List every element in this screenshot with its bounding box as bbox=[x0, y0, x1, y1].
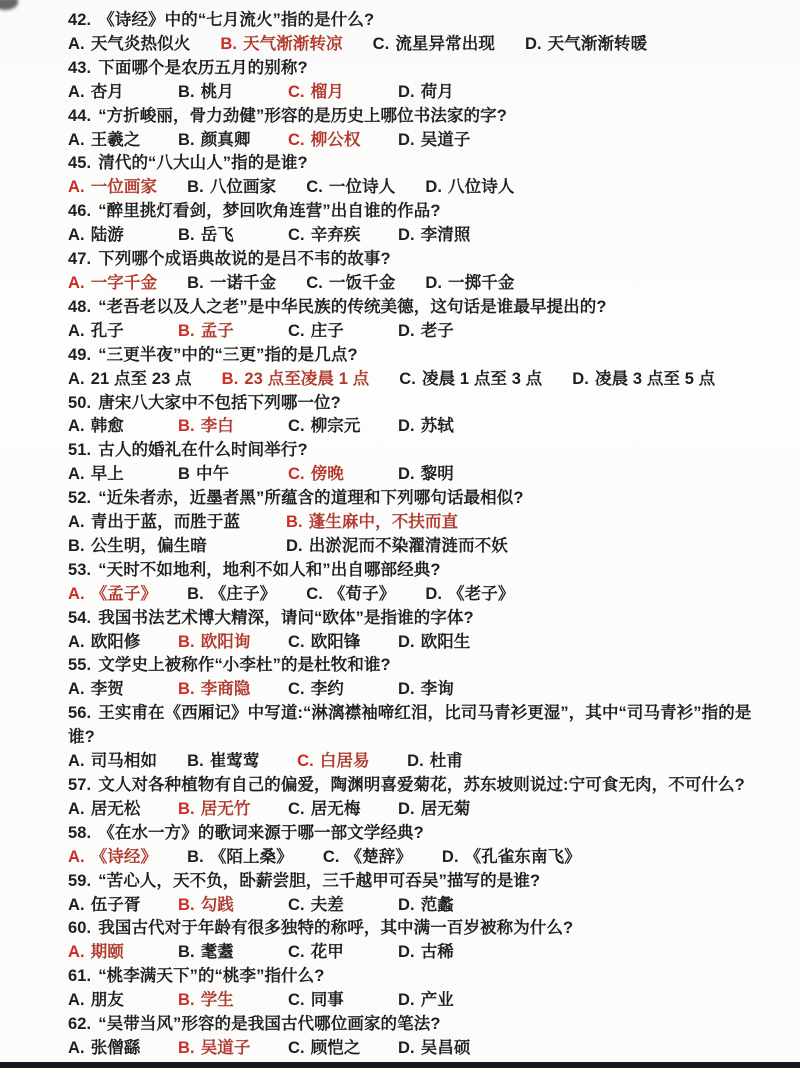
option-text: 出淤泥而不染濯清涟而不妖 bbox=[309, 537, 508, 555]
answer-option: C.庄子 bbox=[288, 320, 398, 344]
answer-option: A.张僧繇 bbox=[68, 1037, 178, 1061]
answer-option: C.欧阳锋 bbox=[288, 631, 398, 655]
option-letter: B. bbox=[178, 83, 195, 101]
option-letter: B. bbox=[178, 896, 195, 914]
option-text: 颜真卿 bbox=[201, 131, 251, 149]
question-body: 清代的“八大山人”指的是谁? bbox=[98, 154, 307, 172]
answer-option-correct: B.蓬生麻中，不扶而直 bbox=[286, 511, 774, 535]
option-text: 天气渐渐转暖 bbox=[548, 35, 648, 53]
answer-option: D.杜甫 bbox=[407, 750, 517, 774]
option-text: 花甲 bbox=[311, 943, 344, 961]
option-letter: D. bbox=[398, 417, 415, 435]
option-letter: A. bbox=[68, 585, 85, 603]
option-letter: A. bbox=[68, 513, 85, 531]
option-letter: C. bbox=[323, 848, 340, 866]
option-text: 古稀 bbox=[421, 943, 454, 961]
option-text: 李清照 bbox=[421, 226, 471, 244]
question-body: 王实甫在《西厢记》中写道:“淋漓襟袖啼红泪，比司马青衫更湿”，其中“司马青衫”指… bbox=[68, 704, 751, 746]
option-text: 21 点至 23 点 bbox=[91, 370, 192, 388]
answer-row: A.杏月B.桃月C.榴月D.荷月 bbox=[68, 81, 774, 105]
answer-option: B.八位画家 bbox=[187, 176, 306, 200]
option-letter: B bbox=[178, 465, 190, 483]
option-text: 黎明 bbox=[421, 465, 454, 483]
answer-option: D.苏轼 bbox=[398, 415, 508, 439]
answer-option-correct: B.23 点至凌晨 1 点 bbox=[222, 368, 400, 392]
question-number: 59. bbox=[68, 872, 91, 890]
answer-option-correct: B.勾践 bbox=[178, 894, 288, 918]
option-text: 欧阳询 bbox=[201, 633, 251, 651]
option-letter: D. bbox=[398, 633, 415, 651]
question-text: 53.“天时不如地利，地利不如人和”出自哪部经典? bbox=[68, 559, 774, 583]
option-letter: D. bbox=[398, 322, 415, 340]
option-text: 朋友 bbox=[91, 991, 124, 1009]
option-text: 傍晚 bbox=[311, 465, 344, 483]
option-letter: C. bbox=[288, 991, 305, 1009]
option-letter: D. bbox=[398, 943, 415, 961]
option-text: 居无梅 bbox=[311, 800, 361, 818]
option-letter: C. bbox=[288, 1039, 305, 1057]
option-letter: A. bbox=[68, 370, 85, 388]
answer-option: A.陆游 bbox=[68, 224, 178, 248]
answer-row: A.期颐B.耄耋C.花甲D.古稀 bbox=[68, 941, 774, 965]
option-letter: C. bbox=[288, 226, 305, 244]
option-letter: B. bbox=[178, 633, 195, 651]
photo-corner-smudge bbox=[0, 0, 18, 10]
answer-option: C.花甲 bbox=[288, 941, 398, 965]
option-text: 桃月 bbox=[201, 83, 234, 101]
question-text: 47.下列哪个成语典故说的是吕不韦的故事? bbox=[68, 248, 774, 272]
option-letter: D. bbox=[398, 1039, 415, 1057]
question-body: “吴带当风”形容的是我国古代哪位画家的笔法? bbox=[98, 1015, 440, 1033]
question-body: “苦心人，天不负，卧薪尝胆，三千越甲可吞吴”描写的是谁? bbox=[98, 872, 540, 890]
question-body: “天时不如地利，地利不如人和”出自哪部经典? bbox=[98, 561, 440, 579]
option-text: 陆游 bbox=[91, 226, 124, 244]
answer-option: B.《陌上桑》 bbox=[187, 846, 323, 870]
option-letter: B. bbox=[187, 274, 204, 292]
option-letter: B. bbox=[178, 322, 195, 340]
answer-option: A.青出于蓝，而胜于蓝 bbox=[68, 511, 286, 535]
question-text: 51.古人的婚礼在什么时间举行? bbox=[68, 439, 774, 463]
option-text: 居无菊 bbox=[421, 800, 471, 818]
option-text: 一字千金 bbox=[91, 274, 157, 292]
answer-option-correct: B.欧阳询 bbox=[178, 631, 288, 655]
option-text: 李贺 bbox=[91, 680, 124, 698]
option-letter: D. bbox=[425, 585, 442, 603]
answer-row: A.李贺B.李商隐C.李约D.李询 bbox=[68, 678, 774, 702]
option-text: 李约 bbox=[311, 680, 344, 698]
question-number: 55. bbox=[68, 656, 91, 674]
option-letter: D. bbox=[572, 370, 589, 388]
question-body: 下列哪个成语典故说的是吕不韦的故事? bbox=[98, 250, 390, 268]
option-letter: A. bbox=[68, 633, 85, 651]
option-letter: A. bbox=[68, 178, 85, 196]
question-body: “老吾老以及人之老”是中华民族的传统美德，这句话是谁最早提出的? bbox=[98, 298, 606, 316]
question-number: 51. bbox=[68, 441, 91, 459]
option-letter: B. bbox=[178, 943, 195, 961]
option-letter: B. bbox=[178, 800, 195, 818]
answer-option: C.《楚辞》 bbox=[323, 846, 442, 870]
answer-row: A.21 点至 23 点B.23 点至凌晨 1 点C.凌晨 1 点至 3 点D.… bbox=[68, 368, 774, 392]
option-text: 李白 bbox=[201, 417, 234, 435]
answer-option: D.荷月 bbox=[398, 81, 508, 105]
answer-option-correct: B.天气渐渐转凉 bbox=[220, 33, 372, 57]
question-text: 59.“苦心人，天不负，卧薪尝胆，三千越甲可吞吴”描写的是谁? bbox=[68, 870, 774, 894]
option-text: 勾践 bbox=[201, 896, 234, 914]
option-letter: B. bbox=[286, 513, 303, 531]
answer-option-correct: A.《孟子》 bbox=[68, 583, 187, 607]
option-text: 同事 bbox=[311, 991, 344, 1009]
answer-option-correct: B.孟子 bbox=[178, 320, 288, 344]
answer-option: D.黎明 bbox=[398, 463, 508, 487]
answer-option: D.吴道子 bbox=[398, 129, 508, 153]
answer-option: B.一诺千金 bbox=[187, 272, 306, 296]
option-text: 产业 bbox=[421, 991, 454, 1009]
question-number: 54. bbox=[68, 609, 91, 627]
photo-bottom-edge-bar bbox=[0, 1062, 800, 1068]
answer-option-correct: C.傍晚 bbox=[288, 463, 398, 487]
answer-option: C.《荀子》 bbox=[306, 583, 425, 607]
option-letter: D. bbox=[425, 274, 442, 292]
option-letter: B. bbox=[187, 848, 204, 866]
answer-option: D.凌晨 3 点至 5 点 bbox=[572, 368, 745, 392]
answer-row: A.早上B中午C.傍晚D.黎明 bbox=[68, 463, 774, 487]
answer-option-correct: B.李商隐 bbox=[178, 678, 288, 702]
option-letter: D. bbox=[398, 680, 415, 698]
question-body: 古人的婚礼在什么时间举行? bbox=[98, 441, 307, 459]
option-text: 孔子 bbox=[91, 322, 124, 340]
option-text: 崔莺莺 bbox=[210, 752, 260, 770]
answer-option-correct: C.白居易 bbox=[297, 750, 407, 774]
option-text: 八位画家 bbox=[210, 178, 276, 196]
question-number: 47. bbox=[68, 250, 91, 268]
option-letter: C. bbox=[288, 943, 305, 961]
answer-option-correct: A.期颐 bbox=[68, 941, 178, 965]
option-text: 期颐 bbox=[91, 943, 124, 961]
answer-option: C.李约 bbox=[288, 678, 398, 702]
option-letter: B. bbox=[178, 1039, 195, 1057]
option-text: 王羲之 bbox=[91, 131, 141, 149]
question-text: 56.王实甫在《西厢记》中写道:“淋漓襟袖啼红泪，比司马青衫更湿”，其中“司马青… bbox=[68, 702, 774, 750]
answer-option: D.一掷千金 bbox=[425, 272, 544, 296]
option-letter: C. bbox=[288, 800, 305, 818]
question-text: 52.“近朱者赤，近墨者黑”所蕴含的道理和下列哪句话最相似? bbox=[68, 487, 774, 511]
option-letter: D. bbox=[398, 226, 415, 244]
answer-row: A.朋友B.学生C.同事D.产业 bbox=[68, 989, 774, 1013]
option-text: 凌晨 3 点至 5 点 bbox=[595, 370, 715, 388]
question-body: “近朱者赤，近墨者黑”所蕴含的道理和下列哪句话最相似? bbox=[98, 489, 523, 507]
question-body: “桃李满天下”的“桃李”指什么? bbox=[98, 967, 324, 985]
option-text: 吴道子 bbox=[421, 131, 471, 149]
answer-option: C.一位诗人 bbox=[306, 176, 425, 200]
option-text: 韩愈 bbox=[91, 417, 124, 435]
option-letter: B. bbox=[68, 537, 85, 555]
question-number: 50. bbox=[68, 394, 91, 412]
question-number: 43. bbox=[68, 59, 91, 77]
question-number: 60. bbox=[68, 919, 91, 937]
question-text: 50.唐宋八大家中不包括下列哪一位? bbox=[68, 392, 774, 416]
option-letter: A. bbox=[68, 417, 85, 435]
answer-option: B.岳飞 bbox=[178, 224, 288, 248]
answer-option: A.杏月 bbox=[68, 81, 178, 105]
answer-option: B.桃月 bbox=[178, 81, 288, 105]
option-text: 《老子》 bbox=[448, 585, 514, 603]
option-letter: A. bbox=[68, 226, 85, 244]
option-text: 范蠡 bbox=[421, 896, 454, 914]
question-text: 58.《在水一方》的歌词来源于哪一部文学经典? bbox=[68, 822, 774, 846]
option-letter: B. bbox=[187, 585, 204, 603]
question-number: 45. bbox=[68, 154, 91, 172]
option-letter: D. bbox=[525, 35, 542, 53]
question-text: 54.我国书法艺术博大精深，请问“欧体”是指谁的字体? bbox=[68, 607, 774, 631]
option-letter: B. bbox=[178, 131, 195, 149]
quiz-document-page: 42.《诗经》中的“七月流火”指的是什么?A.天气炎热似火B.天气渐渐转凉C.流… bbox=[0, 0, 800, 1068]
answer-option: C.柳宗元 bbox=[288, 415, 398, 439]
option-text: 《庄子》 bbox=[210, 585, 276, 603]
question-number: 62. bbox=[68, 1015, 91, 1033]
option-letter: A. bbox=[68, 896, 85, 914]
option-letter: D. bbox=[407, 752, 424, 770]
option-letter: A. bbox=[68, 848, 85, 866]
answer-option: A.孔子 bbox=[68, 320, 178, 344]
question-number: 49. bbox=[68, 346, 91, 364]
option-text: 柳宗元 bbox=[311, 417, 361, 435]
option-text: 欧阳修 bbox=[91, 633, 141, 651]
question-body: 《在水一方》的歌词来源于哪一部文学经典? bbox=[98, 824, 424, 842]
answer-row: A.韩愈B.李白C.柳宗元D.苏轼 bbox=[68, 415, 774, 439]
answer-row: A.欧阳修B.欧阳询C.欧阳锋D.欧阳生 bbox=[68, 631, 774, 655]
question-text: 62.“吴带当风”形容的是我国古代哪位画家的笔法? bbox=[68, 1013, 774, 1037]
answer-option-correct: B.居无竹 bbox=[178, 798, 288, 822]
option-letter: A. bbox=[68, 465, 85, 483]
option-text: 司马相如 bbox=[91, 752, 157, 770]
option-text: 凌晨 1 点至 3 点 bbox=[422, 370, 542, 388]
option-letter: B. bbox=[178, 991, 195, 1009]
option-letter: D. bbox=[398, 991, 415, 1009]
answer-option: D.欧阳生 bbox=[398, 631, 508, 655]
answer-option: D.吴昌硕 bbox=[398, 1037, 508, 1061]
answer-option: D.《老子》 bbox=[425, 583, 544, 607]
option-letter: A. bbox=[68, 752, 85, 770]
answer-row: A.孔子B.孟子C.庄子D.老子 bbox=[68, 320, 774, 344]
option-text: 庄子 bbox=[311, 322, 344, 340]
option-letter: C. bbox=[288, 680, 305, 698]
option-letter: C. bbox=[373, 35, 390, 53]
option-text: 辛弃疾 bbox=[311, 226, 361, 244]
option-text: 伍子胥 bbox=[91, 896, 141, 914]
option-letter: D. bbox=[286, 537, 303, 555]
option-letter: D. bbox=[425, 178, 442, 196]
question-number: 52. bbox=[68, 489, 91, 507]
answer-option-correct: C.柳公权 bbox=[288, 129, 398, 153]
answer-option-correct: B.吴道子 bbox=[178, 1037, 288, 1061]
option-letter: A. bbox=[68, 800, 85, 818]
option-text: 柳公权 bbox=[311, 131, 361, 149]
option-text: 天气渐渐转凉 bbox=[243, 35, 343, 53]
answer-option: B.崔莺莺 bbox=[187, 750, 297, 774]
answer-option: D.出淤泥而不染濯清涟而不妖 bbox=[286, 535, 774, 559]
question-body: 我国古代对于年龄有很多独特的称呼，其中满一百岁被称为什么? bbox=[98, 919, 573, 937]
option-letter: D. bbox=[398, 896, 415, 914]
answer-option-correct: B.学生 bbox=[178, 989, 288, 1013]
question-body: 《诗经》中的“七月流火”指的是什么? bbox=[98, 11, 374, 29]
option-letter: B. bbox=[220, 35, 237, 53]
question-text: 42.《诗经》中的“七月流火”指的是什么? bbox=[68, 9, 774, 33]
question-body: “醉里挑灯看剑，梦回吹角连营”出自谁的作品? bbox=[98, 202, 440, 220]
answer-option: D.老子 bbox=[398, 320, 508, 344]
option-letter: A. bbox=[68, 322, 85, 340]
answer-option: C.一饭千金 bbox=[306, 272, 425, 296]
answer-row: A.《诗经》B.《陌上桑》C.《楚辞》D.《孔雀东南飞》 bbox=[68, 846, 774, 870]
question-body: 唐宋八大家中不包括下列哪一位? bbox=[98, 394, 341, 412]
answer-row: A.伍子胥B.勾践C.夫差D.范蠡 bbox=[68, 894, 774, 918]
answer-option: C.夫差 bbox=[288, 894, 398, 918]
option-letter: C. bbox=[288, 322, 305, 340]
option-text: 孟子 bbox=[201, 322, 234, 340]
question-body: 下面哪个是农历五月的别称? bbox=[98, 59, 307, 77]
question-text: 48.“老吾老以及人之老”是中华民族的传统美德，这句话是谁最早提出的? bbox=[68, 296, 774, 320]
option-text: 《陌上桑》 bbox=[210, 848, 293, 866]
option-letter: A. bbox=[68, 680, 85, 698]
option-text: 吴道子 bbox=[201, 1039, 251, 1057]
question-text: 49.“三更半夜”中的“三更”指的是几点? bbox=[68, 344, 774, 368]
answer-option-correct: A.《诗经》 bbox=[68, 846, 187, 870]
option-text: 白居易 bbox=[320, 752, 370, 770]
option-letter: A. bbox=[68, 35, 85, 53]
question-body: “方折峻丽，骨力劲健”形容的是历史上哪位书法家的字? bbox=[98, 107, 507, 125]
answer-option: D.古稀 bbox=[398, 941, 508, 965]
answer-row: A.王羲之B.颜真卿C.柳公权D.吴道子 bbox=[68, 129, 774, 153]
quiz-question-list: 42.《诗经》中的“七月流火”指的是什么?A.天气炎热似火B.天气渐渐转凉C.流… bbox=[68, 9, 774, 1061]
option-text: 早上 bbox=[91, 465, 124, 483]
option-text: 《孟子》 bbox=[91, 585, 157, 603]
answer-option: D.李询 bbox=[398, 678, 508, 702]
option-text: 一掷千金 bbox=[448, 274, 514, 292]
question-number: 57. bbox=[68, 776, 91, 794]
answer-option-correct: C.榴月 bbox=[288, 81, 398, 105]
question-number: 42. bbox=[68, 11, 91, 29]
answer-option: D.天气渐渐转暖 bbox=[525, 33, 677, 57]
option-letter: C. bbox=[306, 585, 323, 603]
option-text: 杜甫 bbox=[430, 752, 463, 770]
option-text: 《荀子》 bbox=[329, 585, 395, 603]
answer-option: B.颜真卿 bbox=[178, 129, 288, 153]
option-text: 榴月 bbox=[311, 83, 344, 101]
question-text: 60.我国古代对于年龄有很多独特的称呼，其中满一百岁被称为什么? bbox=[68, 917, 774, 941]
answer-option: A.司马相如 bbox=[68, 750, 187, 774]
option-text: 岳飞 bbox=[201, 226, 234, 244]
answer-option: A.天气炎热似火 bbox=[68, 33, 220, 57]
answer-row: A.《孟子》B.《庄子》C.《荀子》D.《老子》 bbox=[68, 583, 774, 607]
option-text: 老子 bbox=[421, 322, 454, 340]
question-body: 我国书法艺术博大精深，请问“欧体”是指谁的字体? bbox=[98, 609, 473, 627]
option-text: 青出于蓝，而胜于蓝 bbox=[91, 513, 240, 531]
answer-option: C.凌晨 1 点至 3 点 bbox=[399, 368, 572, 392]
option-text: 《诗经》 bbox=[91, 848, 157, 866]
answer-row: A.居无松B.居无竹C.居无梅D.居无菊 bbox=[68, 798, 774, 822]
option-text: 张僧繇 bbox=[91, 1039, 141, 1057]
option-text: 荷月 bbox=[421, 83, 454, 101]
question-number: 56. bbox=[68, 704, 91, 722]
question-text: 43.下面哪个是农历五月的别称? bbox=[68, 57, 774, 81]
question-text: 61.“桃李满天下”的“桃李”指什么? bbox=[68, 965, 774, 989]
answer-option: B.《庄子》 bbox=[187, 583, 306, 607]
option-text: 李询 bbox=[421, 680, 454, 698]
option-text: 学生 bbox=[201, 991, 234, 1009]
option-letter: B. bbox=[187, 752, 204, 770]
question-number: 53. bbox=[68, 561, 91, 579]
option-text: 一位画家 bbox=[91, 178, 157, 196]
question-body: 文学史上被称作“小李杜”的是杜牧和谁? bbox=[98, 656, 390, 674]
option-text: 一诺千金 bbox=[210, 274, 276, 292]
answer-option: D.李清照 bbox=[398, 224, 508, 248]
answer-option: A.韩愈 bbox=[68, 415, 178, 439]
option-text: 顾恺之 bbox=[311, 1039, 361, 1057]
option-letter: D. bbox=[398, 800, 415, 818]
option-text: 吴昌硕 bbox=[421, 1039, 471, 1057]
answer-option: C.顾恺之 bbox=[288, 1037, 398, 1061]
option-text: 《孔雀东南飞》 bbox=[465, 848, 581, 866]
answer-row: A.青出于蓝，而胜于蓝B.蓬生麻中，不扶而直B.公生明，偏生暗D.出淤泥而不染濯… bbox=[68, 511, 774, 559]
question-number: 48. bbox=[68, 298, 91, 316]
answer-option-correct: B.李白 bbox=[178, 415, 288, 439]
option-letter: C. bbox=[288, 417, 305, 435]
option-letter: D. bbox=[398, 465, 415, 483]
answer-row: A.天气炎热似火B.天气渐渐转凉C.流星异常出现D.天气渐渐转暖 bbox=[68, 33, 774, 57]
option-text: 八位诗人 bbox=[448, 178, 514, 196]
answer-option: D.《孔雀东南飞》 bbox=[442, 846, 611, 870]
option-text: 居无竹 bbox=[201, 800, 251, 818]
option-letter: C. bbox=[288, 131, 305, 149]
option-letter: A. bbox=[68, 943, 85, 961]
question-body: 文人对各种植物有自己的偏爱，陶渊明喜爱菊花，苏东坡则说过:宁可食无肉，不可什么? bbox=[98, 776, 745, 794]
question-body: “三更半夜”中的“三更”指的是几点? bbox=[98, 346, 357, 364]
question-number: 44. bbox=[68, 107, 91, 125]
option-letter: D. bbox=[398, 131, 415, 149]
option-letter: B. bbox=[222, 370, 239, 388]
option-letter: C. bbox=[288, 896, 305, 914]
option-text: 中午 bbox=[196, 465, 229, 483]
answer-option: D.产业 bbox=[398, 989, 508, 1013]
answer-row: A.陆游B.岳飞C.辛弃疾D.李清照 bbox=[68, 224, 774, 248]
answer-row: A.一字千金B.一诺千金C.一饭千金D.一掷千金 bbox=[68, 272, 774, 296]
answer-option: D.居无菊 bbox=[398, 798, 508, 822]
option-text: 《楚辞》 bbox=[346, 848, 412, 866]
option-text: 23 点至凌晨 1 点 bbox=[244, 370, 369, 388]
option-text: 天气炎热似火 bbox=[91, 35, 191, 53]
option-text: 苏轼 bbox=[421, 417, 454, 435]
answer-option-correct: A.一字千金 bbox=[68, 272, 187, 296]
option-text: 耄耋 bbox=[201, 943, 234, 961]
answer-option: B中午 bbox=[178, 463, 288, 487]
option-letter: C. bbox=[288, 465, 305, 483]
question-text: 46.“醉里挑灯看剑，梦回吹角连营”出自谁的作品? bbox=[68, 200, 774, 224]
answer-option: D.范蠡 bbox=[398, 894, 508, 918]
option-text: 夫差 bbox=[311, 896, 344, 914]
question-number: 58. bbox=[68, 824, 91, 842]
option-letter: B. bbox=[178, 680, 195, 698]
answer-option: A.居无松 bbox=[68, 798, 178, 822]
answer-option: C.辛弃疾 bbox=[288, 224, 398, 248]
option-letter: D. bbox=[398, 83, 415, 101]
answer-row: A.司马相如B.崔莺莺C.白居易D.杜甫 bbox=[68, 750, 774, 774]
answer-option: A.早上 bbox=[68, 463, 178, 487]
option-letter: A. bbox=[68, 991, 85, 1009]
answer-option: A.王羲之 bbox=[68, 129, 178, 153]
option-letter: A. bbox=[68, 274, 85, 292]
option-letter: D. bbox=[442, 848, 459, 866]
question-text: 45.清代的“八大山人”指的是谁? bbox=[68, 152, 774, 176]
answer-option: D.八位诗人 bbox=[425, 176, 544, 200]
